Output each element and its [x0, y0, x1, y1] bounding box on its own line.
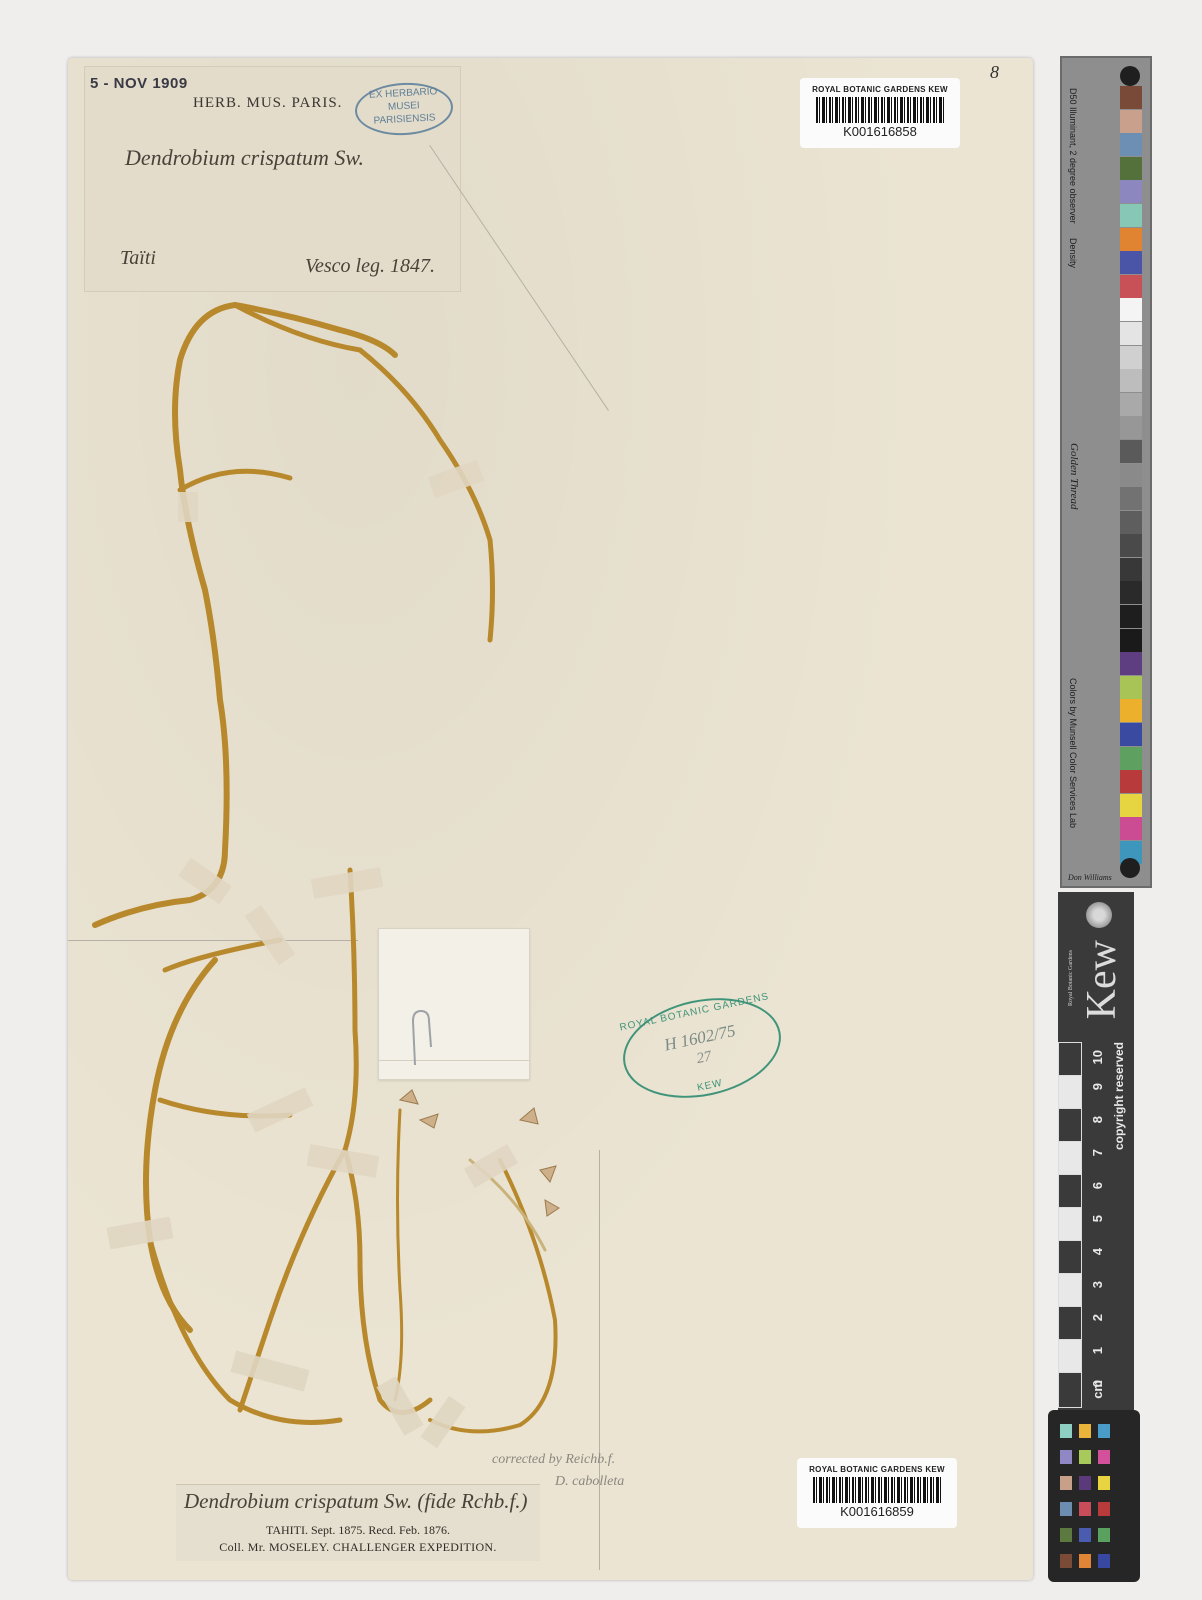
scale-segment	[1058, 1075, 1082, 1111]
color-swatch	[1120, 369, 1142, 392]
chart-density-text: Density	[1068, 238, 1078, 268]
scale-segment	[1058, 1042, 1082, 1078]
challenger-expedition-label: Dendrobium crispatum Sw. (fide Rchb.f.) …	[176, 1484, 540, 1561]
mini-color-checker	[1048, 1410, 1140, 1582]
color-swatch	[1120, 817, 1142, 840]
scale-segment	[1058, 1207, 1082, 1243]
kew-subtitle: Royal Botanic Gardens	[1068, 950, 1074, 1006]
scale-tick-label: 3	[1090, 1281, 1105, 1288]
color-swatch	[1120, 393, 1142, 416]
color-swatch	[1120, 652, 1142, 675]
chart-brand: Golden Thread	[1068, 443, 1080, 510]
chart-munsell-text: Colors by Munsell Color Services Lab	[1068, 678, 1078, 828]
color-swatch	[1120, 86, 1142, 109]
color-swatch	[1120, 157, 1142, 180]
dendrobium-specimen	[0, 0, 1202, 1600]
royal-crest-icon	[1086, 902, 1112, 928]
target-dot-icon	[1120, 66, 1140, 86]
color-swatch	[1120, 346, 1142, 369]
checker-swatch	[1060, 1528, 1072, 1542]
color-swatch	[1120, 464, 1142, 487]
checker-swatch	[1079, 1502, 1091, 1516]
color-swatch	[1120, 723, 1142, 746]
checker-swatch	[1098, 1424, 1110, 1438]
color-swatch	[1120, 440, 1142, 463]
color-swatch	[1120, 275, 1142, 298]
color-swatch	[1120, 770, 1142, 793]
scale-segment	[1058, 1306, 1082, 1342]
color-swatch	[1120, 298, 1142, 321]
color-swatch	[1120, 511, 1142, 534]
color-swatch	[1120, 228, 1142, 251]
checker-swatch	[1060, 1502, 1072, 1516]
swatch-strip	[1120, 86, 1142, 865]
paperclip-icon	[407, 1007, 447, 1067]
scale-tick-label: 9	[1090, 1083, 1105, 1090]
color-swatch	[1120, 204, 1142, 227]
chart-illuminant-text: D50 Illuminant, 2 degree observer	[1068, 88, 1078, 224]
checker-swatch	[1079, 1476, 1091, 1490]
checker-swatch	[1098, 1502, 1110, 1516]
scale-tick-label: 6	[1090, 1182, 1105, 1189]
locality-date-line: TAHITI. Sept. 1875. Recd. Feb. 1876.	[176, 1523, 540, 1538]
scale-tick-label: 1	[1090, 1347, 1105, 1354]
scale-segment	[1058, 1141, 1082, 1177]
scale-segment	[1058, 1174, 1082, 1210]
kew-scale-bar: Kew Royal Botanic Gardens copyright rese…	[1058, 892, 1134, 1412]
copyright-text: copyright reserved	[1112, 1042, 1126, 1150]
scale-tick-label: 8	[1090, 1116, 1105, 1123]
checker-swatch	[1079, 1450, 1091, 1464]
color-swatch	[1120, 699, 1142, 722]
checker-swatch	[1098, 1554, 1110, 1568]
color-swatch	[1120, 558, 1142, 581]
checker-swatch	[1098, 1450, 1110, 1464]
determination-handwritten: Dendrobium crispatum Sw. (fide Rchb.f.)	[184, 1489, 528, 1514]
checker-swatch	[1098, 1476, 1110, 1490]
color-swatch	[1120, 487, 1142, 510]
scale-tick-label: 7	[1090, 1149, 1105, 1156]
color-swatch	[1120, 180, 1142, 203]
color-swatch	[1120, 534, 1142, 557]
color-swatch	[1120, 322, 1142, 345]
color-swatch	[1120, 416, 1142, 439]
scale-segment	[1058, 1240, 1082, 1276]
scale-unit: cm	[1090, 1380, 1105, 1399]
scale-tick-label: 5	[1090, 1215, 1105, 1222]
color-swatch	[1120, 581, 1142, 604]
seed-packet	[378, 928, 530, 1080]
target-dot-icon	[1120, 858, 1140, 878]
color-swatch	[1120, 629, 1142, 652]
chart-signature: Don Williams	[1068, 873, 1112, 882]
checker-swatch	[1060, 1424, 1072, 1438]
checker-swatch	[1079, 1424, 1091, 1438]
checker-swatch	[1098, 1528, 1110, 1542]
checker-swatch	[1079, 1528, 1091, 1542]
correction-name: D. cabolleta	[555, 1474, 624, 1490]
color-swatch	[1120, 676, 1142, 699]
checker-swatch	[1060, 1450, 1072, 1464]
scale-tick-label: 2	[1090, 1314, 1105, 1321]
checker-swatch	[1079, 1554, 1091, 1568]
color-swatch	[1120, 110, 1142, 133]
color-calibration-chart: D50 Illuminant, 2 degree observer Densit…	[1060, 56, 1152, 888]
kew-logo: Kew	[1078, 940, 1126, 1019]
scale-segment	[1058, 1273, 1082, 1309]
color-swatch	[1120, 747, 1142, 770]
scale-segment	[1058, 1372, 1082, 1408]
color-swatch	[1120, 794, 1142, 817]
color-swatch	[1120, 251, 1142, 274]
checker-swatch	[1060, 1554, 1072, 1568]
color-swatch	[1120, 605, 1142, 628]
collector-line: Coll. Mr. MOSELEY. CHALLENGER EXPEDITION…	[176, 1540, 540, 1555]
scale-segment	[1058, 1108, 1082, 1144]
scale-tick-label: 10	[1090, 1050, 1105, 1064]
scale-segment	[1058, 1339, 1082, 1375]
scale-tick-label: 4	[1090, 1248, 1105, 1255]
correction-note: corrected by Reichb.f.	[492, 1452, 615, 1468]
color-swatch	[1120, 133, 1142, 156]
packet-flap	[379, 1060, 529, 1079]
checker-swatch	[1060, 1476, 1072, 1490]
